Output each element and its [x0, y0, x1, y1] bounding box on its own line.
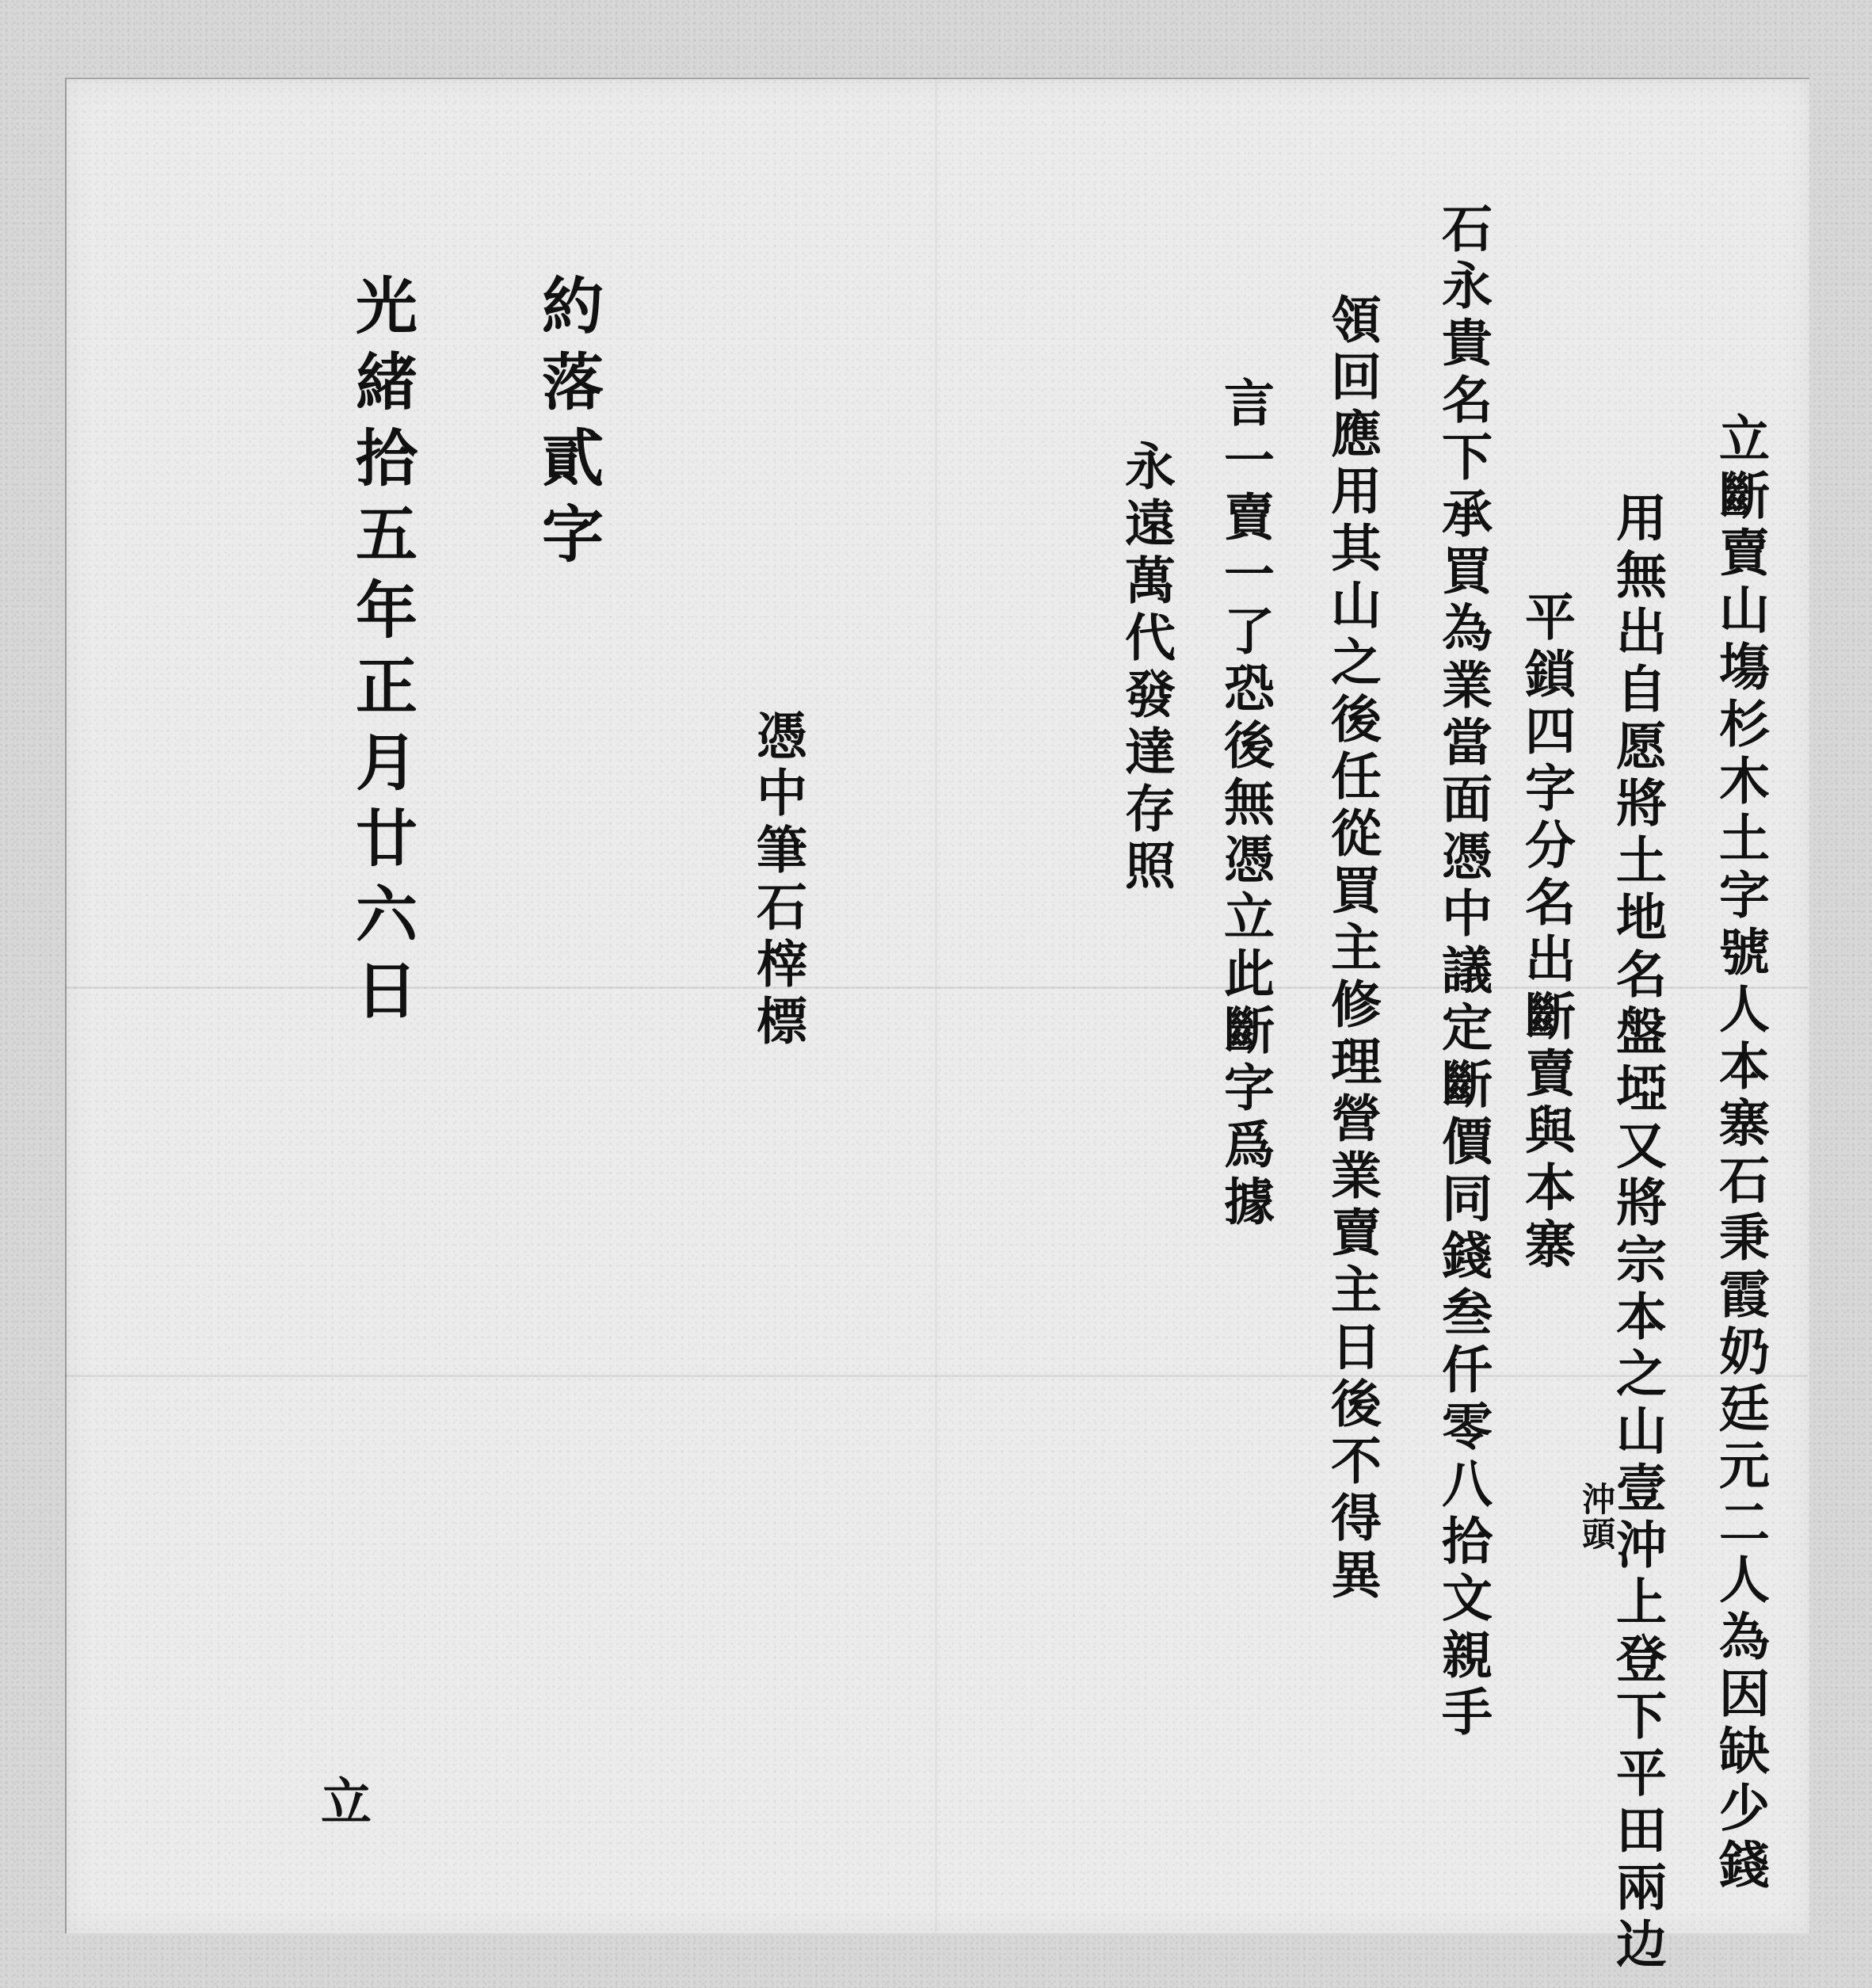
deed-column-5: 領回應用其山之後任從買主修理營業賣主日後不得異: [1315, 293, 1388, 1605]
deed-column-2-annotation: 沖頭: [1573, 1482, 1620, 1551]
closing-character: 立: [305, 1775, 378, 1832]
deed-column-3: 平鎖四字分名出斷賣與本寨: [1509, 590, 1582, 1275]
contract-count-note: 約落貳字: [523, 273, 612, 578]
vertical-fold-line: [935, 78, 937, 1932]
deed-date: 光緒拾五年正月廿六日: [337, 273, 425, 1034]
deed-column-2: 用無出自愿將土地名盤埡又將宗本之山壹沖上登下平田兩边: [1600, 491, 1673, 1975]
deed-column-7: 永遠萬代發達存照: [1109, 440, 1182, 896]
witness-scribe-signature: 憑中筆石榟標: [741, 709, 814, 1051]
deed-column-4: 石永貴名下承買為業當面憑中議定斷價同錢叁仟零八拾文親手: [1426, 202, 1499, 1742]
deed-column-6: 言一賣一了恐後無憑立此斷字爲據: [1208, 376, 1281, 1232]
deed-column-1: 立斷賣山塲杉木土字號人本寨石秉霞奶廷元二人為因缺少錢: [1703, 412, 1776, 1895]
